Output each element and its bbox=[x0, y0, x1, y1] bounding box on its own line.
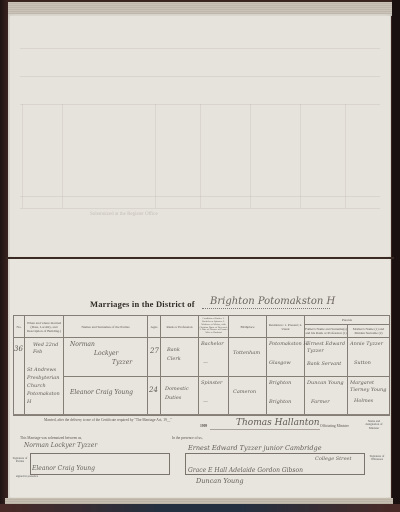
book-cover-bottom bbox=[0, 504, 400, 512]
col-mother: Mother's Name (1) and Maiden Surname (2) bbox=[348, 325, 390, 338]
cell-groom-father: Ernest Edward Tyzzer Bank Servant bbox=[305, 338, 348, 377]
in-presence-label: In the presence of us, bbox=[172, 436, 203, 440]
bride-signature: Eleanor Craig Young bbox=[32, 465, 95, 472]
cell-bride-mother: Margaret Tierney Young Holmes bbox=[348, 377, 390, 416]
page-title: Marriages in the District of bbox=[90, 299, 195, 309]
col-father: Father's Name and Surname(s) and his Ran… bbox=[305, 325, 348, 338]
cell-bride-birthplace: Cameron bbox=[229, 377, 267, 416]
col-when-married: When and where married (Date, Locality, … bbox=[25, 316, 64, 338]
minister-signature-line bbox=[210, 429, 320, 430]
side-note-left: signed in presence bbox=[12, 475, 42, 478]
cell-bride-condition: Spinster — bbox=[199, 377, 229, 416]
district-underline bbox=[202, 308, 330, 309]
book-cover-edge bbox=[392, 0, 400, 512]
cell-groom-mother: Annie Tyzzer Sutton bbox=[348, 338, 390, 377]
witness-1-address: College Street bbox=[315, 456, 352, 462]
cell-bride-age: 24 bbox=[148, 377, 161, 416]
cell-bride-name: Eleanor Craig Young bbox=[64, 377, 148, 416]
faint-bleed-text: Solemnized at the Register Office bbox=[90, 212, 158, 217]
upper-faint-section: Solemnized at the Register Office bbox=[10, 16, 390, 256]
minister-signature: Thomas Hallanton bbox=[236, 418, 320, 428]
col-ages: Ages bbox=[148, 316, 161, 338]
marriage-certificate: Marriages in the District of Brighton Po… bbox=[10, 259, 390, 497]
married-after-text: Married, after the delivery to me of the… bbox=[44, 418, 172, 422]
cell-bride-residence: Brighton Brighton bbox=[267, 377, 305, 416]
witness-1-signature: Ernest Edward Tyzzer junior Cambridge bbox=[188, 444, 322, 452]
col-parents: Parents bbox=[305, 316, 390, 325]
cell-when-where: Wed 22nd Feb St Andrews Presbyterian Chu… bbox=[25, 338, 64, 416]
marriage-register-table: No. When and where married (Date, Locali… bbox=[13, 315, 390, 416]
solemnized-between-label: This Marriage was solemnized between us, bbox=[20, 436, 82, 440]
groom-signature: Norman Lockyer Tyzzer bbox=[24, 442, 97, 449]
col-birthplace: Birthplace bbox=[229, 316, 267, 338]
cell-groom-age: 27 bbox=[148, 338, 161, 377]
table-header-row: No. When and where married (Date, Locali… bbox=[14, 316, 390, 325]
cell-bride-rank: Domestic Duties bbox=[161, 377, 199, 416]
witness-2-signature: Grace E Hall Adelaide Gordon Gibson bbox=[188, 467, 303, 474]
col-names: Names and Surnames of the Parties bbox=[64, 316, 148, 338]
col-residence: Residence: 1. Present; 2. Usual bbox=[267, 316, 305, 338]
col-rank: Rank or Profession bbox=[161, 316, 199, 338]
signature-of-witnesses-label: Signature of Witnesses bbox=[366, 455, 388, 462]
cell-groom-residence: Potomakston H Glasgow bbox=[267, 338, 305, 377]
table-row-bride: Eleanor Craig Young 24 Domestic Duties S… bbox=[14, 377, 390, 416]
cell-groom-birthplace: Tottenham bbox=[229, 338, 267, 377]
district-name: Brighton Potomakston H bbox=[210, 296, 335, 307]
witness-3-signature: Duncan Young bbox=[196, 477, 244, 485]
cell-groom-rank: Bank Clerk bbox=[161, 338, 199, 377]
col-no: No. bbox=[14, 316, 25, 338]
cell-entry-no: 36 bbox=[14, 338, 25, 416]
year-text: 1909 bbox=[200, 424, 207, 428]
footer-rule bbox=[13, 414, 389, 415]
table-row-groom: 36 Wed 22nd Feb St Andrews Presbyterian … bbox=[14, 338, 390, 377]
cell-groom-condition: Bachelor — bbox=[199, 338, 229, 377]
minister-note: Name and designation of Minister bbox=[362, 420, 386, 430]
officiating-minister-label: Officiating Minister bbox=[320, 424, 349, 428]
signature-of-parties-label: Signature of Parties bbox=[12, 457, 28, 464]
col-condition: Condition of Parties: 1. Bachelor or Spi… bbox=[199, 316, 229, 338]
cell-bride-father: Duncan Young Farmer bbox=[305, 377, 348, 416]
cell-groom-name: Norman Lockyer Tyzzer bbox=[64, 338, 148, 377]
